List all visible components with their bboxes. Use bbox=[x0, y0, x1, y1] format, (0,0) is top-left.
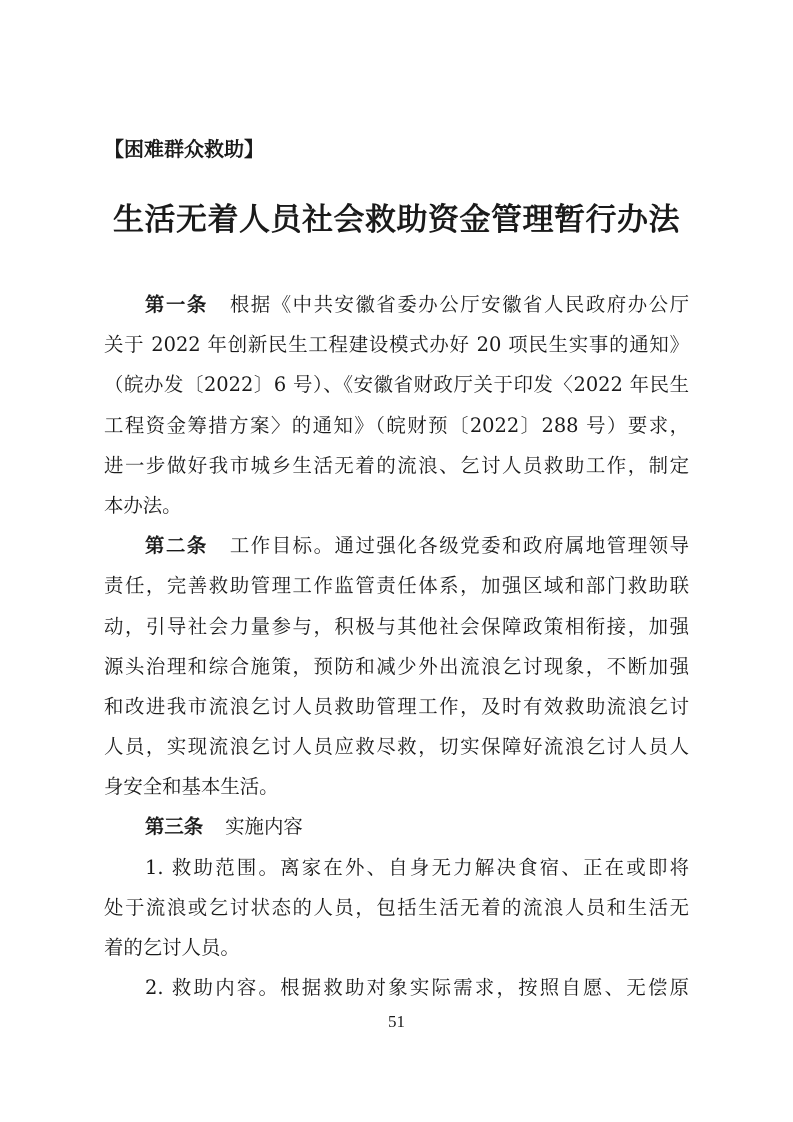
article-label: 第一条 bbox=[145, 293, 208, 316]
text-line: 本办法。 bbox=[104, 486, 689, 526]
text-line: 实施内容 bbox=[225, 815, 303, 838]
article-first-line: 第二条工作目标。通过强化各级党委和政府属地管理领导 bbox=[104, 526, 689, 566]
text-line: 进一步做好我市城乡生活无着的流浪、乞讨人员救助工作，制定 bbox=[104, 446, 689, 486]
document-title: 生活无着人员社会救助资金管理暂行办法 bbox=[0, 200, 793, 240]
document-body: 第一条根据《中共安徽省委办公厅安徽省人民政府办公厅 关于 2022 年创新民生工… bbox=[104, 285, 689, 1008]
text-line: 人员，实现流浪乞讨人员应救尽救，切实保障好流浪乞讨人员人 bbox=[104, 727, 689, 767]
text-line: 2. 救助内容。根据救助对象实际需求，按照自愿、无偿原 bbox=[104, 968, 689, 1008]
page-number: 51 bbox=[0, 1012, 793, 1032]
text-line: 源头治理和综合施策，预防和减少外出流浪乞讨现象，不断加强 bbox=[104, 647, 689, 687]
item-1: 1. 救助范围。离家在外、自身无力解决食宿、正在或即将 处于流浪或乞讨状态的人员… bbox=[104, 848, 689, 969]
text-line: 责任，完善救助管理工作监管责任体系，加强区域和部门救助联 bbox=[104, 566, 689, 606]
text-line: 1. 救助范围。离家在外、自身无力解决食宿、正在或即将 bbox=[104, 848, 689, 888]
text-line: 着的乞讨人员。 bbox=[104, 928, 689, 968]
article-label: 第三条 bbox=[145, 815, 203, 838]
article-2: 第二条工作目标。通过强化各级党委和政府属地管理领导 责任，完善救助管理工作监管责… bbox=[104, 526, 689, 807]
text-line: 处于流浪或乞讨状态的人员，包括生活无着的流浪人员和生活无 bbox=[104, 888, 689, 928]
text-line: 工程资金筹措方案〉的通知》（皖财预〔2022〕288 号）要求， bbox=[104, 406, 689, 446]
article-label: 第二条 bbox=[145, 534, 208, 557]
article-first-line: 第一条根据《中共安徽省委办公厅安徽省人民政府办公厅 bbox=[104, 285, 689, 325]
text-line: 动，引导社会力量参与，积极与其他社会保障政策相衔接，加强 bbox=[104, 607, 689, 647]
text-line: 根据《中共安徽省委办公厅安徽省人民政府办公厅 bbox=[230, 293, 689, 316]
text-line: 工作目标。通过强化各级党委和政府属地管理领导 bbox=[230, 534, 689, 557]
text-line: 身安全和基本生活。 bbox=[104, 767, 689, 807]
item-2: 2. 救助内容。根据救助对象实际需求，按照自愿、无偿原 bbox=[104, 968, 689, 1008]
article-1: 第一条根据《中共安徽省委办公厅安徽省人民政府办公厅 关于 2022 年创新民生工… bbox=[104, 285, 689, 526]
text-line: （皖办发〔2022〕6 号）、《安徽省财政厅关于印发〈2022 年民生 bbox=[104, 365, 689, 405]
section-tag: 【困难群众救助】 bbox=[104, 137, 264, 161]
article-3: 第三条实施内容 bbox=[104, 807, 689, 847]
article-first-line: 第三条实施内容 bbox=[104, 807, 689, 847]
text-line: 关于 2022 年创新民生工程建设模式办好 20 项民生实事的通知》 bbox=[104, 325, 689, 365]
text-line: 和改进我市流浪乞讨人员救助管理工作，及时有效救助流浪乞讨 bbox=[104, 687, 689, 727]
